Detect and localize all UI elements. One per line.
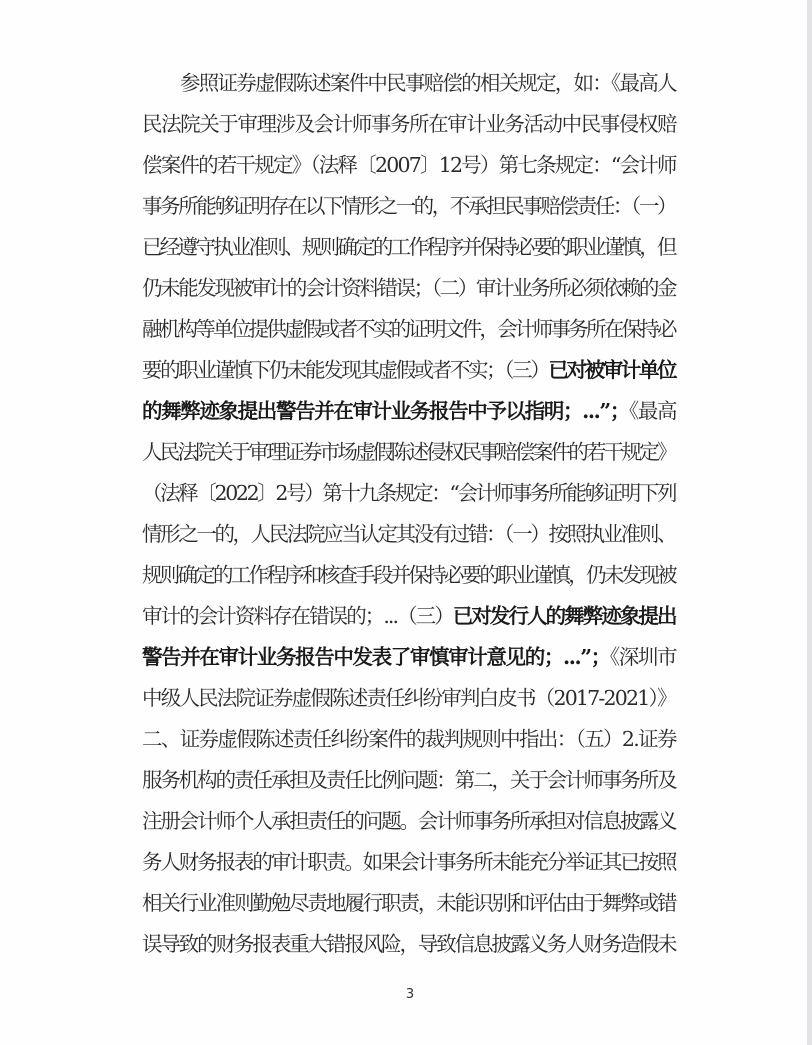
- text-line: 已经遵守执业准则、规则确定的工作程序并保持必要的职业谨慎，但: [142, 232, 678, 262]
- text-line: 事务所能够证明存在以下情形之一的，不承担民事赔偿责任：（一）: [142, 191, 678, 221]
- text-segment: 仍未能发现被审计的会计资料错误；（二）审计业务所必须依赖的金: [142, 276, 675, 300]
- text-line: 规则确定的工作程序和核查手段并保持必要的职业谨慎，仍未发现被: [142, 560, 678, 590]
- text-line: 审计的会计资料存在错误的；...（三）已对发行人的舞弊迹象提出: [142, 601, 678, 631]
- text-line: 警告并在审计业务报告中发表了审慎审计意见的；...”；《深圳市: [142, 642, 678, 672]
- text-segment: 参照证券虚假陈述案件中民事赔偿的相关规定，如：《最高人: [180, 71, 676, 95]
- text-segment: 误导致的财务报表重大错报风险，导致信息披露义务人财务造假未: [142, 932, 675, 956]
- text-segment: 中级人民法院证券虚假陈述责任纠纷审判白皮书（2017-2021）》: [142, 686, 676, 710]
- text-segment: 相关行业准则勤勉尽责地履行职责，未能识别和评估由于舞弊或错: [142, 891, 675, 915]
- text-line: 二、证券虚假陈述责任纠纷案件的裁判规则中指出：（五）2.证券: [142, 724, 678, 754]
- text-line: 的舞弊迹象提出警告并在审计业务报告中予以指明；...”；《最高: [142, 396, 678, 426]
- text-segment: 融机构等单位提供虚假或者不实的证明文件，会计师事务所在保持必: [142, 317, 675, 341]
- text-segment: 审计的会计资料存在错误的；...（三）: [142, 604, 453, 628]
- text-segment: 服务机构的责任承担及责任比例问题：第二，关于会计师事务所及: [142, 768, 675, 792]
- bold-text-segment: 的舞弊迹象提出警告并在审计业务报告中予以指明；...”；: [142, 399, 629, 423]
- text-line: 务人财务报表的审计职责。如果会计事务所未能充分举证其已按照: [142, 847, 678, 877]
- text-line: （法释〔2022〕2号）第十九条规定：“会计师事务所能够证明下列: [142, 478, 678, 508]
- text-line: 仍未能发现被审计的会计资料错误；（二）审计业务所必须依赖的金: [142, 273, 678, 303]
- text-segment: 偿案件的若干规定》（法释〔2007〕12号）第七条规定：“会计师: [142, 153, 676, 177]
- text-line: 参照证券虚假陈述案件中民事赔偿的相关规定，如：《最高人: [180, 68, 678, 98]
- text-line: 误导致的财务报表重大错报风险，导致信息披露义务人财务造假未: [142, 929, 678, 959]
- text-line: 融机构等单位提供虚假或者不实的证明文件，会计师事务所在保持必: [142, 314, 678, 344]
- text-segment: 《深圳市: [610, 645, 676, 669]
- text-line: 中级人民法院证券虚假陈述责任纠纷审判白皮书（2017-2021）》: [142, 683, 678, 713]
- text-segment: 《最高: [629, 399, 676, 423]
- text-segment: 已经遵守执业准则、规则确定的工作程序并保持必要的职业谨慎，但: [142, 235, 675, 259]
- text-segment: 人民法院关于审理证券市场虚假陈述侵权民事赔偿案件的若干规定》: [142, 440, 675, 464]
- text-line: 人民法院关于审理证券市场虚假陈述侵权民事赔偿案件的若干规定》: [142, 437, 678, 467]
- text-line: 偿案件的若干规定》（法释〔2007〕12号）第七条规定：“会计师: [142, 150, 678, 180]
- text-line: 要的职业谨慎下仍未能发现其虚假或者不实；（三）已对被审计单位: [142, 355, 678, 385]
- text-line: 民法院关于审理涉及会计师事务所在审计业务活动中民事侵权赔: [142, 109, 678, 139]
- document-page: 参照证券虚假陈述案件中民事赔偿的相关规定，如：《最高人民法院关于审理涉及会计师事…: [0, 0, 807, 1045]
- text-line: 服务机构的责任承担及责任比例问题：第二，关于会计师事务所及: [142, 765, 678, 795]
- page-edge-scrollbar[interactable]: [807, 0, 812, 1045]
- text-segment: 注册会计师个人承担责任的问题。会计师事务所承担对信息披露义: [142, 809, 675, 833]
- text-segment: 事务所能够证明存在以下情形之一的，不承担民事赔偿责任：（一）: [142, 194, 675, 218]
- page-number: 3: [400, 987, 420, 1002]
- text-segment: 二、证券虚假陈述责任纠纷案件的裁判规则中指出：（五）2.证券: [142, 727, 676, 751]
- text-segment: 情形之一的，人民法院应当认定其没有过错：（一）按照执业准则、: [142, 522, 675, 546]
- text-line: 相关行业准则勤勉尽责地履行职责，未能识别和评估由于舞弊或错: [142, 888, 678, 918]
- text-segment: （法释〔2022〕2号）第十九条规定：“会计师事务所能够证明下列: [142, 481, 675, 505]
- text-segment: 务人财务报表的审计职责。如果会计事务所未能充分举证其已按照: [142, 850, 675, 874]
- text-segment: 规则确定的工作程序和核查手段并保持必要的职业谨慎，仍未发现被: [142, 563, 675, 587]
- bold-text-segment: 警告并在审计业务报告中发表了审慎审计意见的；...”；: [142, 645, 610, 669]
- bold-text-segment: 已对被审计单位: [548, 358, 675, 382]
- text-line: 情形之一的，人民法院应当认定其没有过错：（一）按照执业准则、: [142, 519, 678, 549]
- text-line: 注册会计师个人承担责任的问题。会计师事务所承担对信息披露义: [142, 806, 678, 836]
- text-segment: 民法院关于审理涉及会计师事务所在审计业务活动中民事侵权赔: [142, 112, 676, 136]
- text-segment: 要的职业谨慎下仍未能发现其虚假或者不实；（三）: [142, 358, 548, 382]
- bold-text-segment: 已对发行人的舞弊迹象提出: [453, 604, 676, 628]
